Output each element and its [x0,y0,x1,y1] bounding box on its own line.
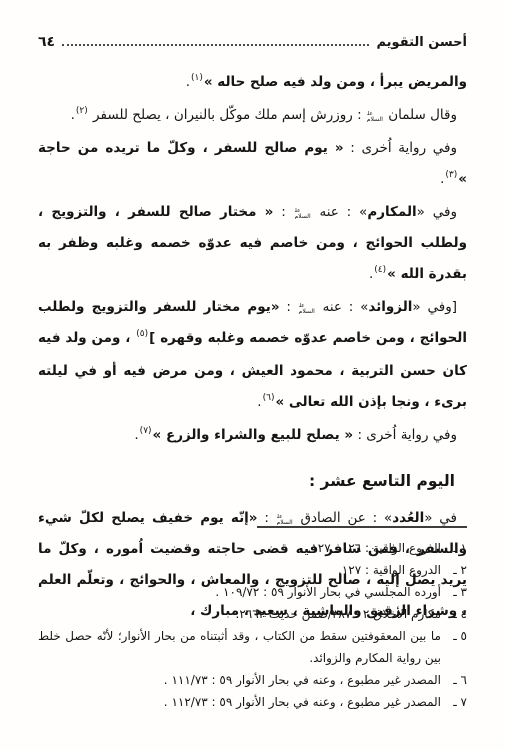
honorific-mark: عليه السلام [367,111,383,122]
text-segment: [وفي « [412,299,457,315]
honorific-mark: عليه السلام [295,208,311,219]
page-header: أحسن التقويم ٦٤ [38,28,467,50]
text-segment: . [440,171,444,187]
footnote-item: ٥ ـ ما بين المعقوفتين سقط من الكتاب ، وق… [38,625,467,669]
footnote-item: ٦ ـ المصدر غير مطبوع ، وعنه في بحار الأن… [38,669,467,691]
footnote-text: الدروع الواقية : ١٢٦ ـ ١٢٧. [38,537,441,559]
text-segment: . [369,266,373,282]
text-segment: وفي « [417,204,457,220]
source-name: الزوائد [368,299,412,315]
text-segment: . [186,74,190,90]
text-segment: » : عن الصادق [294,510,393,526]
footnote-text: المصدر غير مطبوع ، وعنه في بحار الأنوار … [38,669,441,691]
footnote-item: ١ ـ الدروع الواقية : ١٢٦ ـ ١٢٧. [38,537,467,559]
footnote-number: ٧ ـ [441,691,467,713]
honorific-mark: عليه السلام [299,303,315,314]
footnote-separator [257,526,467,528]
page-number: ٦٤ [38,34,55,50]
footnote-ref: (٤) [374,265,386,275]
book-page: أحسن التقويم ٦٤ والمريض يبرأ ، ومن ولد ف… [0,0,505,749]
text-segment: » : عنه [312,204,368,220]
footnote-number: ٢ ـ [441,559,467,581]
footnote-ref: (٣) [445,170,457,180]
footnote-item: ٢ ـ الدروع الواقية : ١٢٧. [38,559,467,581]
footnote-text: ما بين المعقوفتين سقط من الكتاب ، وقد أث… [38,625,441,669]
footnote-ref: (٥) [136,329,148,339]
footnote-ref: (٧) [140,426,152,436]
footnote-text: الدروع الواقية : ١٢٧. [38,559,441,581]
footnote-number: ١ ـ [441,537,467,559]
text-segment: : [273,204,293,220]
hadith-quote: « يصلح للبيع والشراء والزرع » [153,427,354,443]
footnote-number: ٦ ـ [441,669,467,691]
source-name: العُدد [392,510,424,526]
text-segment: في « [424,510,457,526]
footnote-ref: (١) [191,73,203,83]
footnotes-section: ١ ـ الدروع الواقية : ١٢٦ ـ ١٢٧. ٢ ـ الدر… [38,526,467,713]
hadith-quote: والمريض يبرأ ، ومن ولد فيه صلح حاله » [204,74,467,90]
text-segment: وفي رواية اُخرى : [353,427,457,443]
footnote-ref: (٢) [76,106,88,116]
footnote-text: أورده المجلسي في بحار الأنوار ٥٩ : ١٠٩/٧… [38,581,441,603]
text-segment: : [280,299,298,315]
text-segment: : [258,510,276,526]
body-paragraph: وفي رواية اُخرى : « يوم صالح للسفر ، وكل… [38,133,467,197]
source-name: المكارم [367,204,416,220]
text-segment: وفي رواية اُخرى : [344,140,457,156]
body-paragraph: وفي رواية اُخرى : « يصلح للبيع والشراء و… [38,420,467,453]
text-segment: وقال سلمان [384,107,457,123]
dotted-leader [62,44,369,46]
footnote-number: ٥ ـ [441,625,467,669]
text-segment: » : عنه [316,299,369,315]
honorific-mark: عليه السلام [277,514,293,525]
text-segment: . [257,394,261,410]
footnote-number: ٤ ـ [441,603,467,625]
footnote-ref: (٦) [263,393,275,403]
text-segment: . [71,107,75,123]
footnote-item: ٤ ـ مكارم الأخلاق ٢ : ٣٨٧/ضمن حديث ٢٦٦٢. [38,603,467,625]
footnote-item: ٧ ـ المصدر غير مطبوع ، وعنه في بحار الأن… [38,691,467,713]
running-title: أحسن التقويم [376,35,467,50]
section-heading: اليوم التاسع عشر : [38,468,455,494]
body-paragraph: [وفي «الزوائد» : عنه عليه السلام : «يوم … [38,292,467,420]
text-segment: : روزرش إسم ملك موكّل بالنيران ، يصلح لل… [89,107,366,123]
footnote-text: مكارم الأخلاق ٢ : ٣٨٧/ضمن حديث ٢٦٦٢. [38,603,441,625]
footnote-text: المصدر غير مطبوع ، وعنه في بحار الأنوار … [38,691,441,713]
body-paragraph: وفي «المكارم» : عنه عليه السلام : « مختا… [38,197,467,292]
body-paragraph: والمريض يبرأ ، ومن ولد فيه صلح حاله »(١)… [38,67,467,100]
footnote-number: ٣ ـ [441,581,467,603]
body-paragraph: وقال سلمان عليه السلام : روزرش إسم ملك م… [38,100,467,133]
footnote-item: ٣ ـ أورده المجلسي في بحار الأنوار ٥٩ : ١… [38,581,467,603]
text-segment: . [134,427,138,443]
